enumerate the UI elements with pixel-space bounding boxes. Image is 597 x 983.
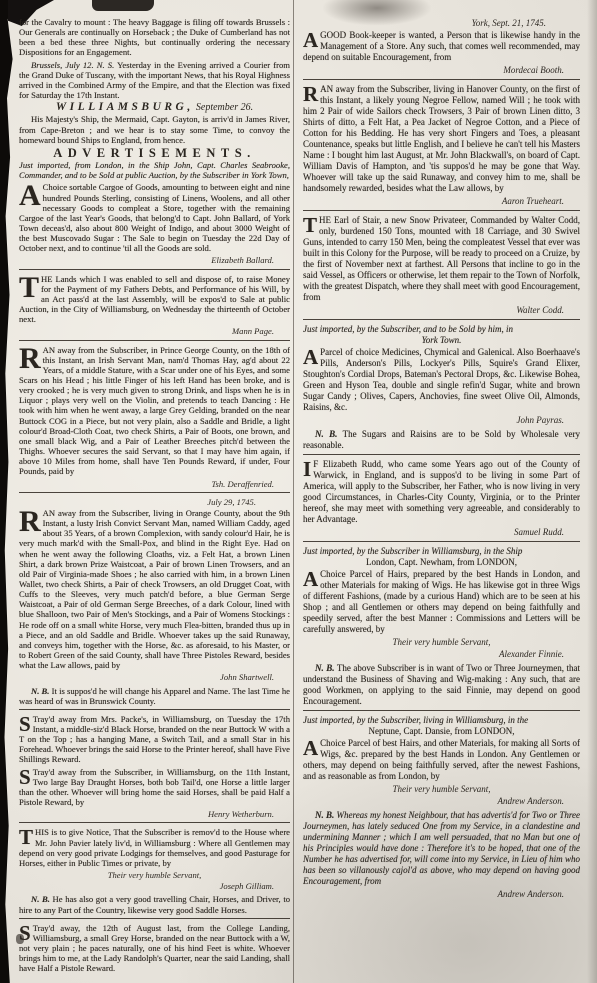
advert-page-lands: THE Lands which I was enabled to sell an…	[19, 274, 290, 337]
will-body: AN away from the Subscriber, living in H…	[303, 84, 580, 193]
nb-label: N. B.	[315, 663, 335, 673]
finnie-nb-text: The above Subscriber is in want of Two o…	[303, 663, 580, 706]
caddy-nb-text: It is suppos'd he will change his Appare…	[19, 686, 290, 706]
medicines-paragraph: AParcel of choice Medicines, Chymical an…	[303, 347, 580, 413]
ballard-signature: Elizabeth Ballard.	[19, 255, 290, 265]
finnie-signature: Alexander Finnie.	[303, 649, 580, 660]
bookkeeper-signature: Mordecai Booth.	[303, 65, 580, 76]
ballard-body-paragraph: AChoice sortable Cargoe of Goods, amount…	[19, 182, 290, 253]
anderson-signature: Andrew Anderson.	[303, 796, 580, 807]
stair-paragraph: THE Earl of Stair, a new Snow Privateer,…	[303, 215, 580, 303]
medicines-intro-line2: York Town.	[303, 335, 580, 346]
advert-newell-stray: STray'd away, the 12th of August last, f…	[19, 923, 290, 977]
medicines-body: Parcel of choice Medicines, Chymical and…	[303, 347, 580, 412]
right-column: York, Sept. 21, 1745. AGOOD Book-keeper …	[303, 17, 580, 977]
gilliam-servant-line: Their very humble Servant,	[19, 870, 290, 880]
rudd-paragraph: IF Elizabeth Rudd, who came some Years a…	[303, 459, 580, 525]
page-lands-signature: Mann Page.	[19, 326, 290, 336]
will-paragraph: RAN away from the Subscriber, living in …	[303, 84, 580, 194]
nb-label: N. B.	[315, 810, 334, 820]
section-rule	[303, 319, 580, 320]
section-rule	[303, 210, 580, 211]
section-rule	[303, 710, 580, 711]
advert-finnie: Just imported, by the Subscriber in Will…	[303, 546, 580, 707]
ballard-body: Choice sortable Cargoe of Goods, amounti…	[19, 182, 290, 253]
caddy-dateline: July 29, 1745.	[19, 497, 290, 507]
brussels-dateline: Brussels, July 12. N. S.	[31, 60, 114, 70]
advert-medicines: Just imported, by the Subscriber, and to…	[303, 324, 580, 451]
drop-cap: R	[19, 346, 43, 372]
section-rule	[303, 79, 580, 80]
section-rule	[19, 492, 290, 493]
medicines-signature: John Payras.	[303, 415, 580, 426]
medicines-nb-text: The Sugars and Raisins are to be Sold by…	[303, 429, 580, 450]
section-rule	[19, 822, 290, 823]
finnie-nb-paragraph: N. B. The above Subscriber is in want of…	[303, 663, 580, 707]
advert-packe-stray: STray'd away from Mrs. Packe's, in Willi…	[19, 714, 290, 765]
scan-edge-left	[0, 0, 14, 983]
packe-body: Tray'd away from Mrs. Packe's, in Willia…	[19, 714, 290, 765]
scan-edge-right	[587, 0, 597, 983]
ballard-intro: Just imported, from London, in the Ship …	[19, 160, 290, 180]
advert-bookkeeper: York, Sept. 21, 1745. AGOOD Book-keeper …	[303, 18, 580, 76]
advert-caddy-runaway: July 29, 1745. RAN away from the Subscri…	[19, 497, 290, 706]
finnie-intro-line2: London, Capt. Newham, from LONDON,	[303, 557, 580, 568]
nb-label: N. B.	[315, 429, 337, 439]
finnie-body: Choice Parcel of Hairs, prepared by the …	[303, 569, 580, 634]
advert-will-runaway: RAN away from the Subscriber, living in …	[303, 84, 580, 207]
section-rule	[19, 918, 290, 919]
left-column: for the Cavalry to mount : The heavy Bag…	[19, 17, 290, 977]
page-lands-body: HE Lands which I was enabled to sell and…	[19, 274, 290, 325]
drop-cap: A	[303, 739, 320, 757]
war-news-text: for the Cavalry to mount : The heavy Bag…	[19, 17, 290, 57]
packe-paragraph: STray'd away from Mrs. Packe's, in Willi…	[19, 714, 290, 765]
drop-cap: A	[303, 570, 320, 588]
caddy-nb-paragraph: N. B. It is suppos'd he will change his …	[19, 686, 290, 706]
medicines-nb-paragraph: N. B. The Sugars and Raisins are to be S…	[303, 429, 580, 451]
anderson-nb-paragraph: N. B. Whereas my honest Neighbour, that …	[303, 810, 580, 887]
newspaper-page: for the Cavalry to mount : The heavy Bag…	[0, 0, 597, 983]
finnie-intro-line1: Just imported, by the Subscriber in Will…	[303, 546, 580, 557]
advert-rudd: IF Elizabeth Rudd, who came some Years a…	[303, 459, 580, 538]
section-rule	[19, 340, 290, 341]
anderson-body: Choice Parcel of best Hairs, and other M…	[303, 738, 580, 781]
caddy-body: AN away from the Subscriber, living in O…	[19, 508, 290, 670]
column-divider-rule	[293, 0, 294, 983]
gilliam-nb-paragraph: N. B. He has also got a very good travel…	[19, 894, 290, 914]
drop-cap: T	[303, 216, 319, 234]
drop-cap: A	[19, 183, 43, 209]
gilliam-body: HIS is to give Notice, That the Subscrib…	[19, 827, 290, 867]
finnie-servant-line: Their very humble Servant,	[303, 637, 580, 648]
will-signature: Aaron Trueheart.	[303, 196, 580, 207]
hay-body: AN away from the Subscriber, in Prince G…	[19, 345, 290, 477]
war-news-paragraph: for the Cavalry to mount : The heavy Bag…	[19, 17, 290, 58]
advertisements-heading: ADVERTISEMENTS.	[19, 148, 290, 158]
drop-cap: A	[303, 348, 320, 366]
drop-cap: R	[303, 85, 320, 103]
hay-paragraph: RAN away from the Subscriber, in Prince …	[19, 345, 290, 477]
bookkeeper-body: GOOD Book-keeper is wanted, a Person tha…	[303, 30, 580, 62]
anderson-nb-text: Whereas my honest Neighbour, that has ad…	[303, 810, 580, 886]
bookkeeper-paragraph: AGOOD Book-keeper is wanted, a Person th…	[303, 30, 580, 63]
williamsburg-city: WILLIAMSBURG,	[56, 101, 194, 113]
drop-cap: S	[19, 924, 33, 942]
advert-wetherburn-stray: STray'd away from the Subscriber, in Wil…	[19, 767, 290, 820]
hay-signature: Tsh. Deraffenried.	[19, 479, 290, 489]
anderson-intro-line1: Just imported, by the Subscriber, living…	[303, 715, 580, 726]
williamsburg-date: September 26.	[196, 102, 253, 113]
rudd-signature: Samuel Rudd.	[303, 527, 580, 538]
drop-cap: I	[303, 460, 313, 478]
gilliam-nb-text: He has also got a very good travelling C…	[19, 894, 290, 914]
mermaid-text: His Majesty's Ship, the Mermaid, Capt. G…	[19, 114, 290, 144]
stair-signature: Walter Codd.	[303, 305, 580, 316]
newell-body: Tray'd away, the 12th of August last, fr…	[19, 923, 290, 974]
advert-ballard: Just imported, from London, in the Ship …	[19, 160, 290, 266]
page-lands-paragraph: THE Lands which I was enabled to sell an…	[19, 274, 290, 325]
anderson-servant-line: Their very humble Servant,	[303, 784, 580, 795]
rudd-body: F Elizabeth Rudd, who came some Years ag…	[303, 459, 580, 524]
advert-earl-of-stair: THE Earl of Stair, a new Snow Privateer,…	[303, 215, 580, 316]
drop-cap: R	[19, 509, 43, 535]
anderson-intro-line2: Neptune, Capt. Dansie, from LONDON,	[303, 726, 580, 737]
stair-body: HE Earl of Stair, a new Snow Privateer, …	[303, 215, 580, 302]
drop-cap: S	[19, 715, 33, 733]
advert-gilliam-notice: THIS is to give Notice, That the Subscri…	[19, 827, 290, 914]
newell-signature: William Newell,	[19, 975, 290, 977]
section-rule	[19, 269, 290, 270]
newell-paragraph: STray'd away, the 12th of August last, f…	[19, 923, 290, 974]
caddy-signature: John Shartwell.	[19, 672, 290, 682]
caddy-paragraph: RAN away from the Subscriber, living in …	[19, 508, 290, 671]
drop-cap: T	[19, 275, 41, 301]
section-rule	[19, 709, 290, 710]
ink-mark-top	[92, 0, 154, 11]
nb-label: N. B.	[31, 686, 49, 696]
gilliam-paragraph: THIS is to give Notice, That the Subscri…	[19, 827, 290, 868]
drop-cap: A	[303, 31, 320, 49]
brussels-news-paragraph: Brussels, July 12. N. S. Yesterday in th…	[19, 60, 290, 101]
bookkeeper-dateline: York, Sept. 21, 1745.	[303, 18, 580, 29]
finnie-paragraph: AChoice Parcel of Hairs, prepared by the…	[303, 569, 580, 635]
medicines-intro-line1: Just imported, by the Subscriber, and to…	[303, 324, 580, 335]
williamsburg-heading: WILLIAMSBURG, September 26.	[19, 102, 290, 113]
mermaid-news-paragraph: His Majesty's Ship, the Mermaid, Capt. G…	[19, 114, 290, 144]
section-rule	[303, 454, 580, 455]
anderson-paragraph: AChoice Parcel of best Hairs, and other …	[303, 738, 580, 782]
wetherburn-body: Tray'd away from the Subscriber, in Will…	[19, 767, 290, 807]
drop-cap: T	[19, 828, 35, 846]
drop-cap: S	[19, 768, 33, 786]
wetherburn-paragraph: STray'd away from the Subscriber, in Wil…	[19, 767, 290, 808]
section-rule	[303, 541, 580, 542]
nb-label: N. B.	[31, 894, 50, 904]
anderson-nb-signature: Andrew Anderson.	[303, 889, 580, 900]
wetherburn-signature: Henry Wetherburn.	[19, 809, 290, 819]
advert-anderson: Just imported, by the Subscriber, living…	[303, 715, 580, 900]
advert-hay-runaway: RAN away from the Subscriber, in Prince …	[19, 345, 290, 489]
gilliam-signature: Joseph Gilliam.	[19, 881, 290, 891]
